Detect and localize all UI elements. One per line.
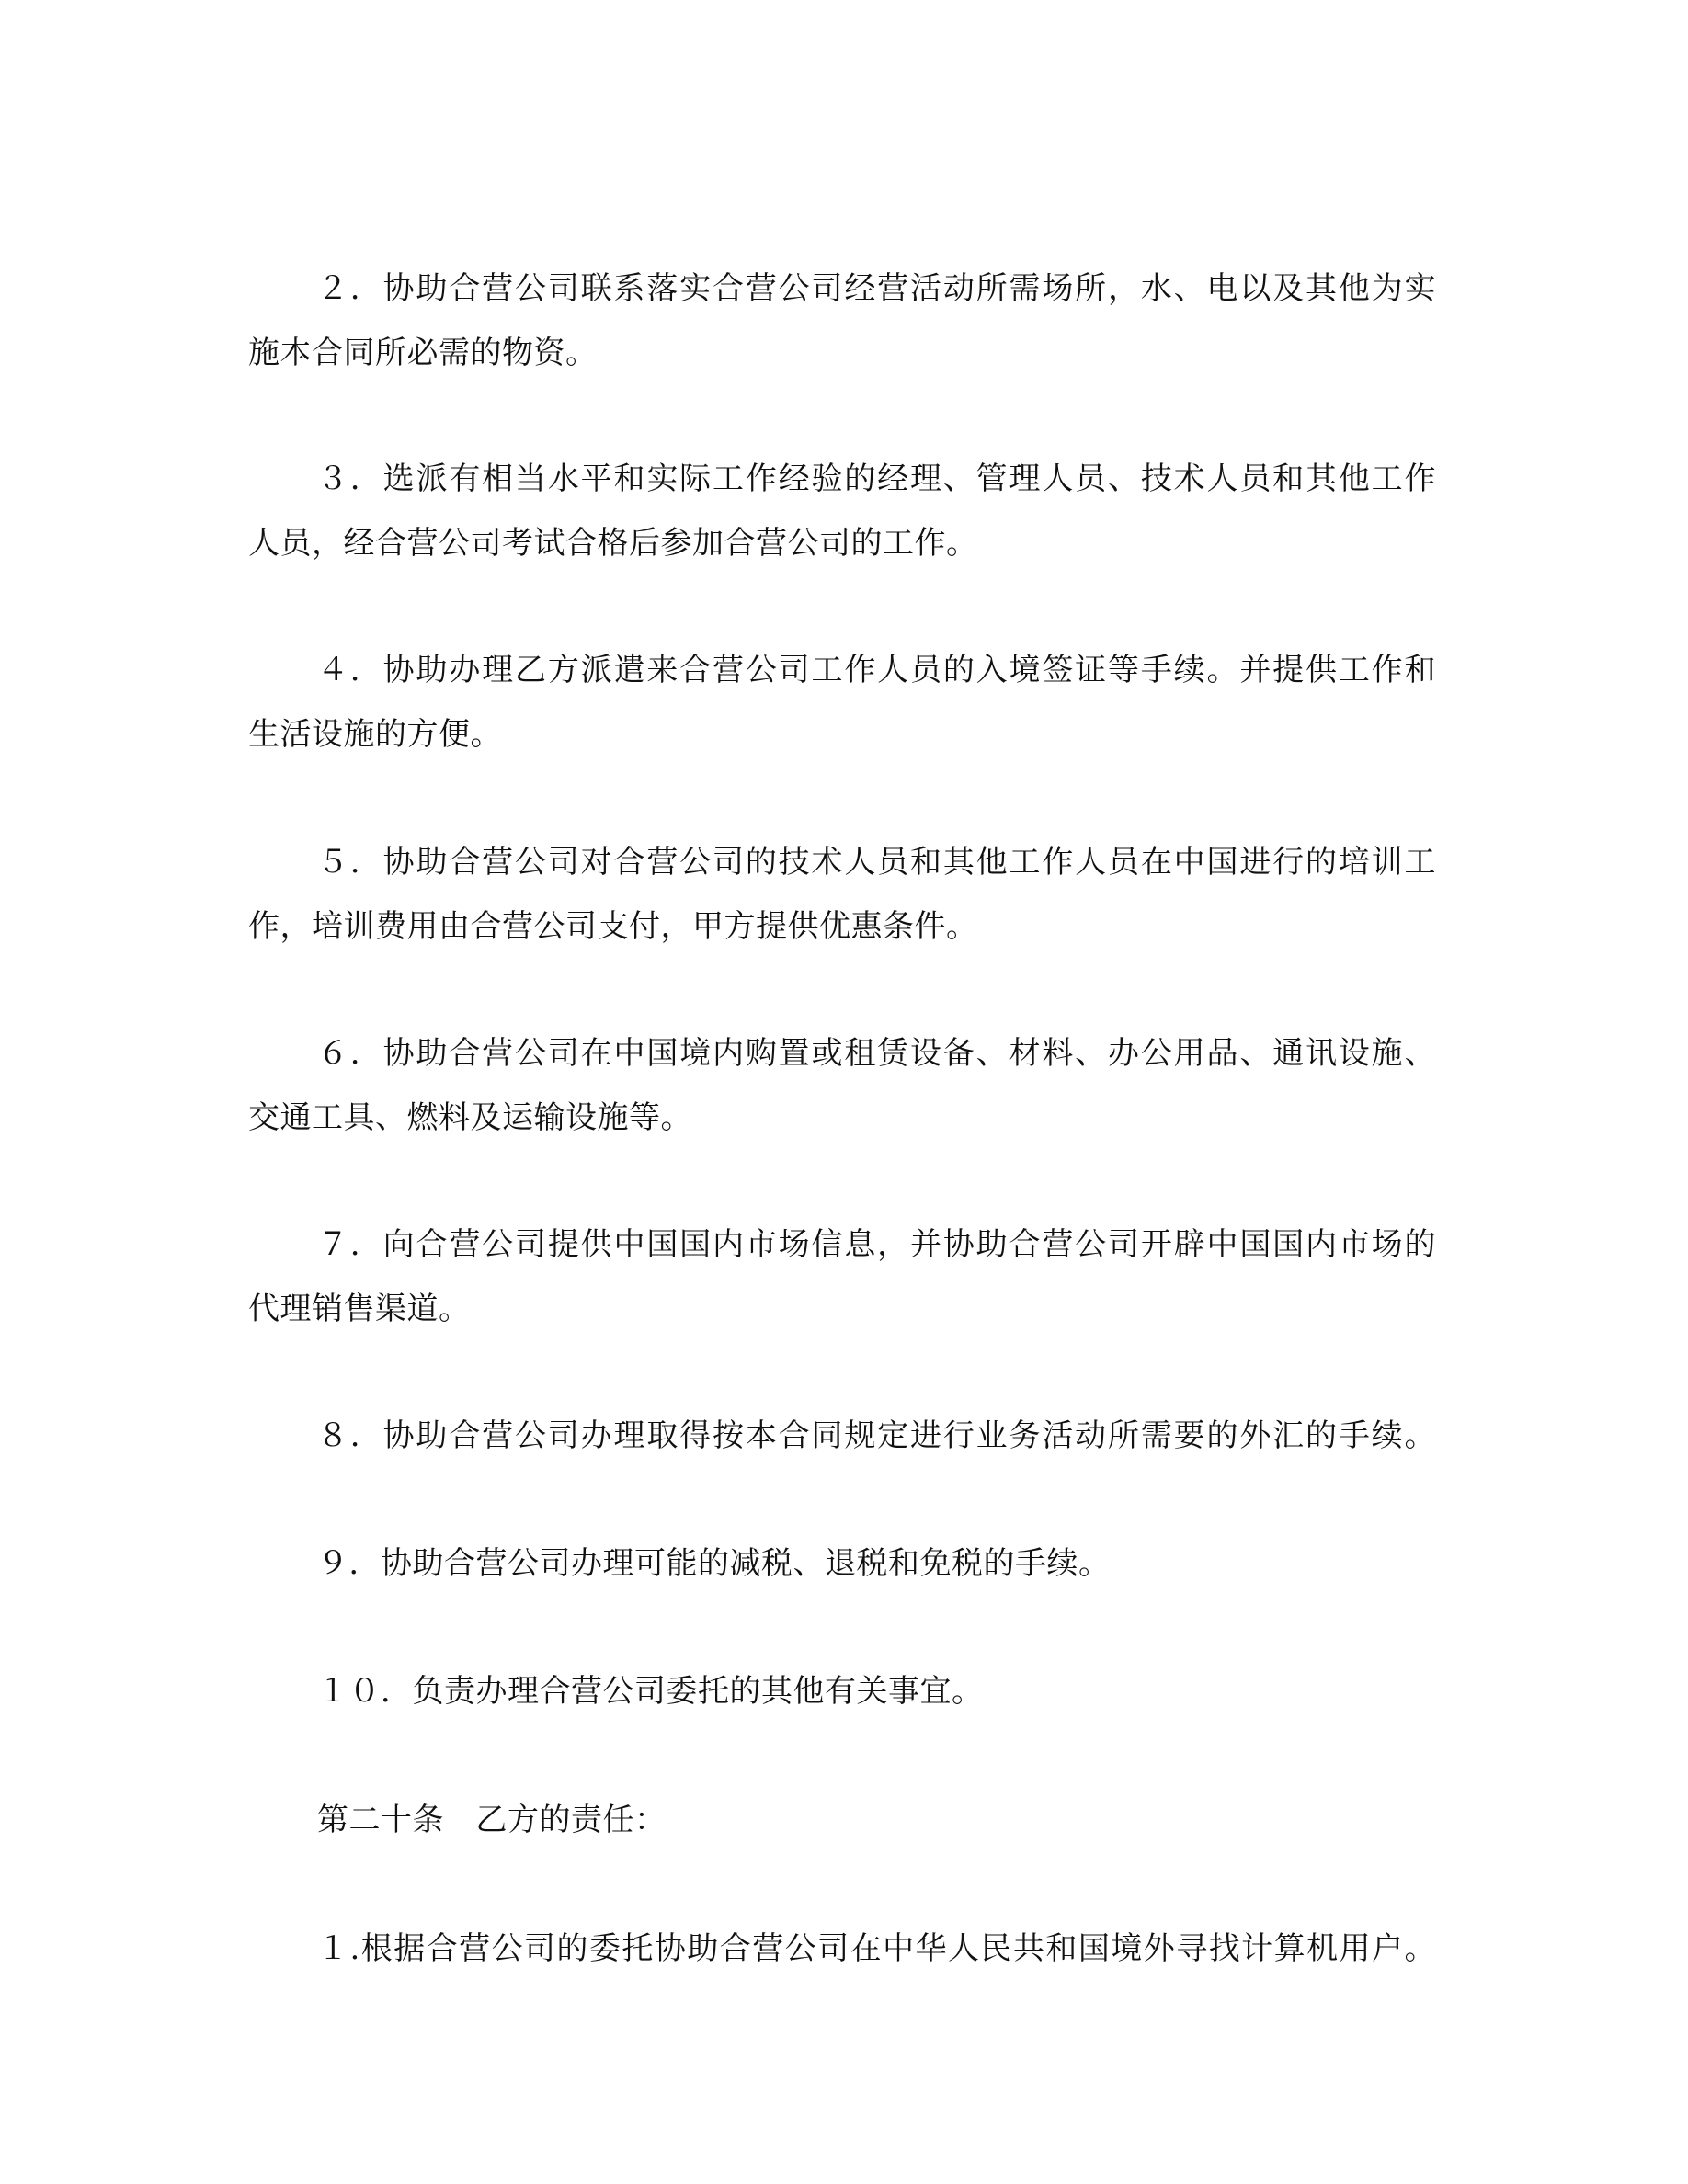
item-5-line-1: ５．协助合营公司对合营公司的技术人员和其他工作人员在中国进行的培训工 <box>317 842 1436 882</box>
item-2-line-2: 施本合同所必需的物资。 <box>248 333 1443 373</box>
item-3-line-2: 人员，经合营公司考试合格后参加合营公司的工作。 <box>248 523 1443 563</box>
item-2-line-1: ２．协助合营公司联系落实合营公司经营活动所需场所，水、电以及其他为实 <box>317 268 1436 309</box>
item-10-line-1: １０．负责办理合营公司委托的其他有关事宜。 <box>317 1671 1512 1712</box>
article-20-heading: 第二十条 乙方的责任： <box>317 1800 1512 1840</box>
item-3-line-1: ３．选派有相当水平和实际工作经验的经理、管理人员、技术人员和其他工作 <box>317 459 1436 499</box>
item-9-line-1: ９．协助合营公司办理可能的减税、退税和免税的手续。 <box>317 1543 1512 1584</box>
document-page: ２．协助合营公司联系落实合营公司经营活动所需场所，水、电以及其他为实 施本合同所… <box>0 0 1688 2184</box>
item-6-line-2: 交通工具、燃料及运输设施等。 <box>248 1098 1443 1138</box>
item-8-line-1: ８．协助合营公司办理取得按本合同规定进行业务活动所需要的外汇的手续。 <box>317 1416 1436 1456</box>
item-7-line-2: 代理销售渠道。 <box>248 1289 1443 1329</box>
article-20-item-1-line-1: １.根据合营公司的委托协助合营公司在中华人民共和国境外寻找计算机用户。 <box>317 1928 1436 1969</box>
item-4-line-2: 生活设施的方便。 <box>248 714 1443 755</box>
item-5-line-2: 作，培训费用由合营公司支付，甲方提供优惠条件。 <box>248 906 1443 947</box>
item-7-line-1: ７．向合营公司提供中国国内市场信息，并协助合营公司开辟中国国内市场的 <box>317 1224 1436 1265</box>
item-6-line-1: ６．协助合营公司在中国境内购置或租赁设备、材料、办公用品、通讯设施、 <box>317 1033 1436 1074</box>
item-4-line-1: ４．协助办理乙方派遣来合营公司工作人员的入境签证等手续。并提供工作和 <box>317 650 1436 690</box>
